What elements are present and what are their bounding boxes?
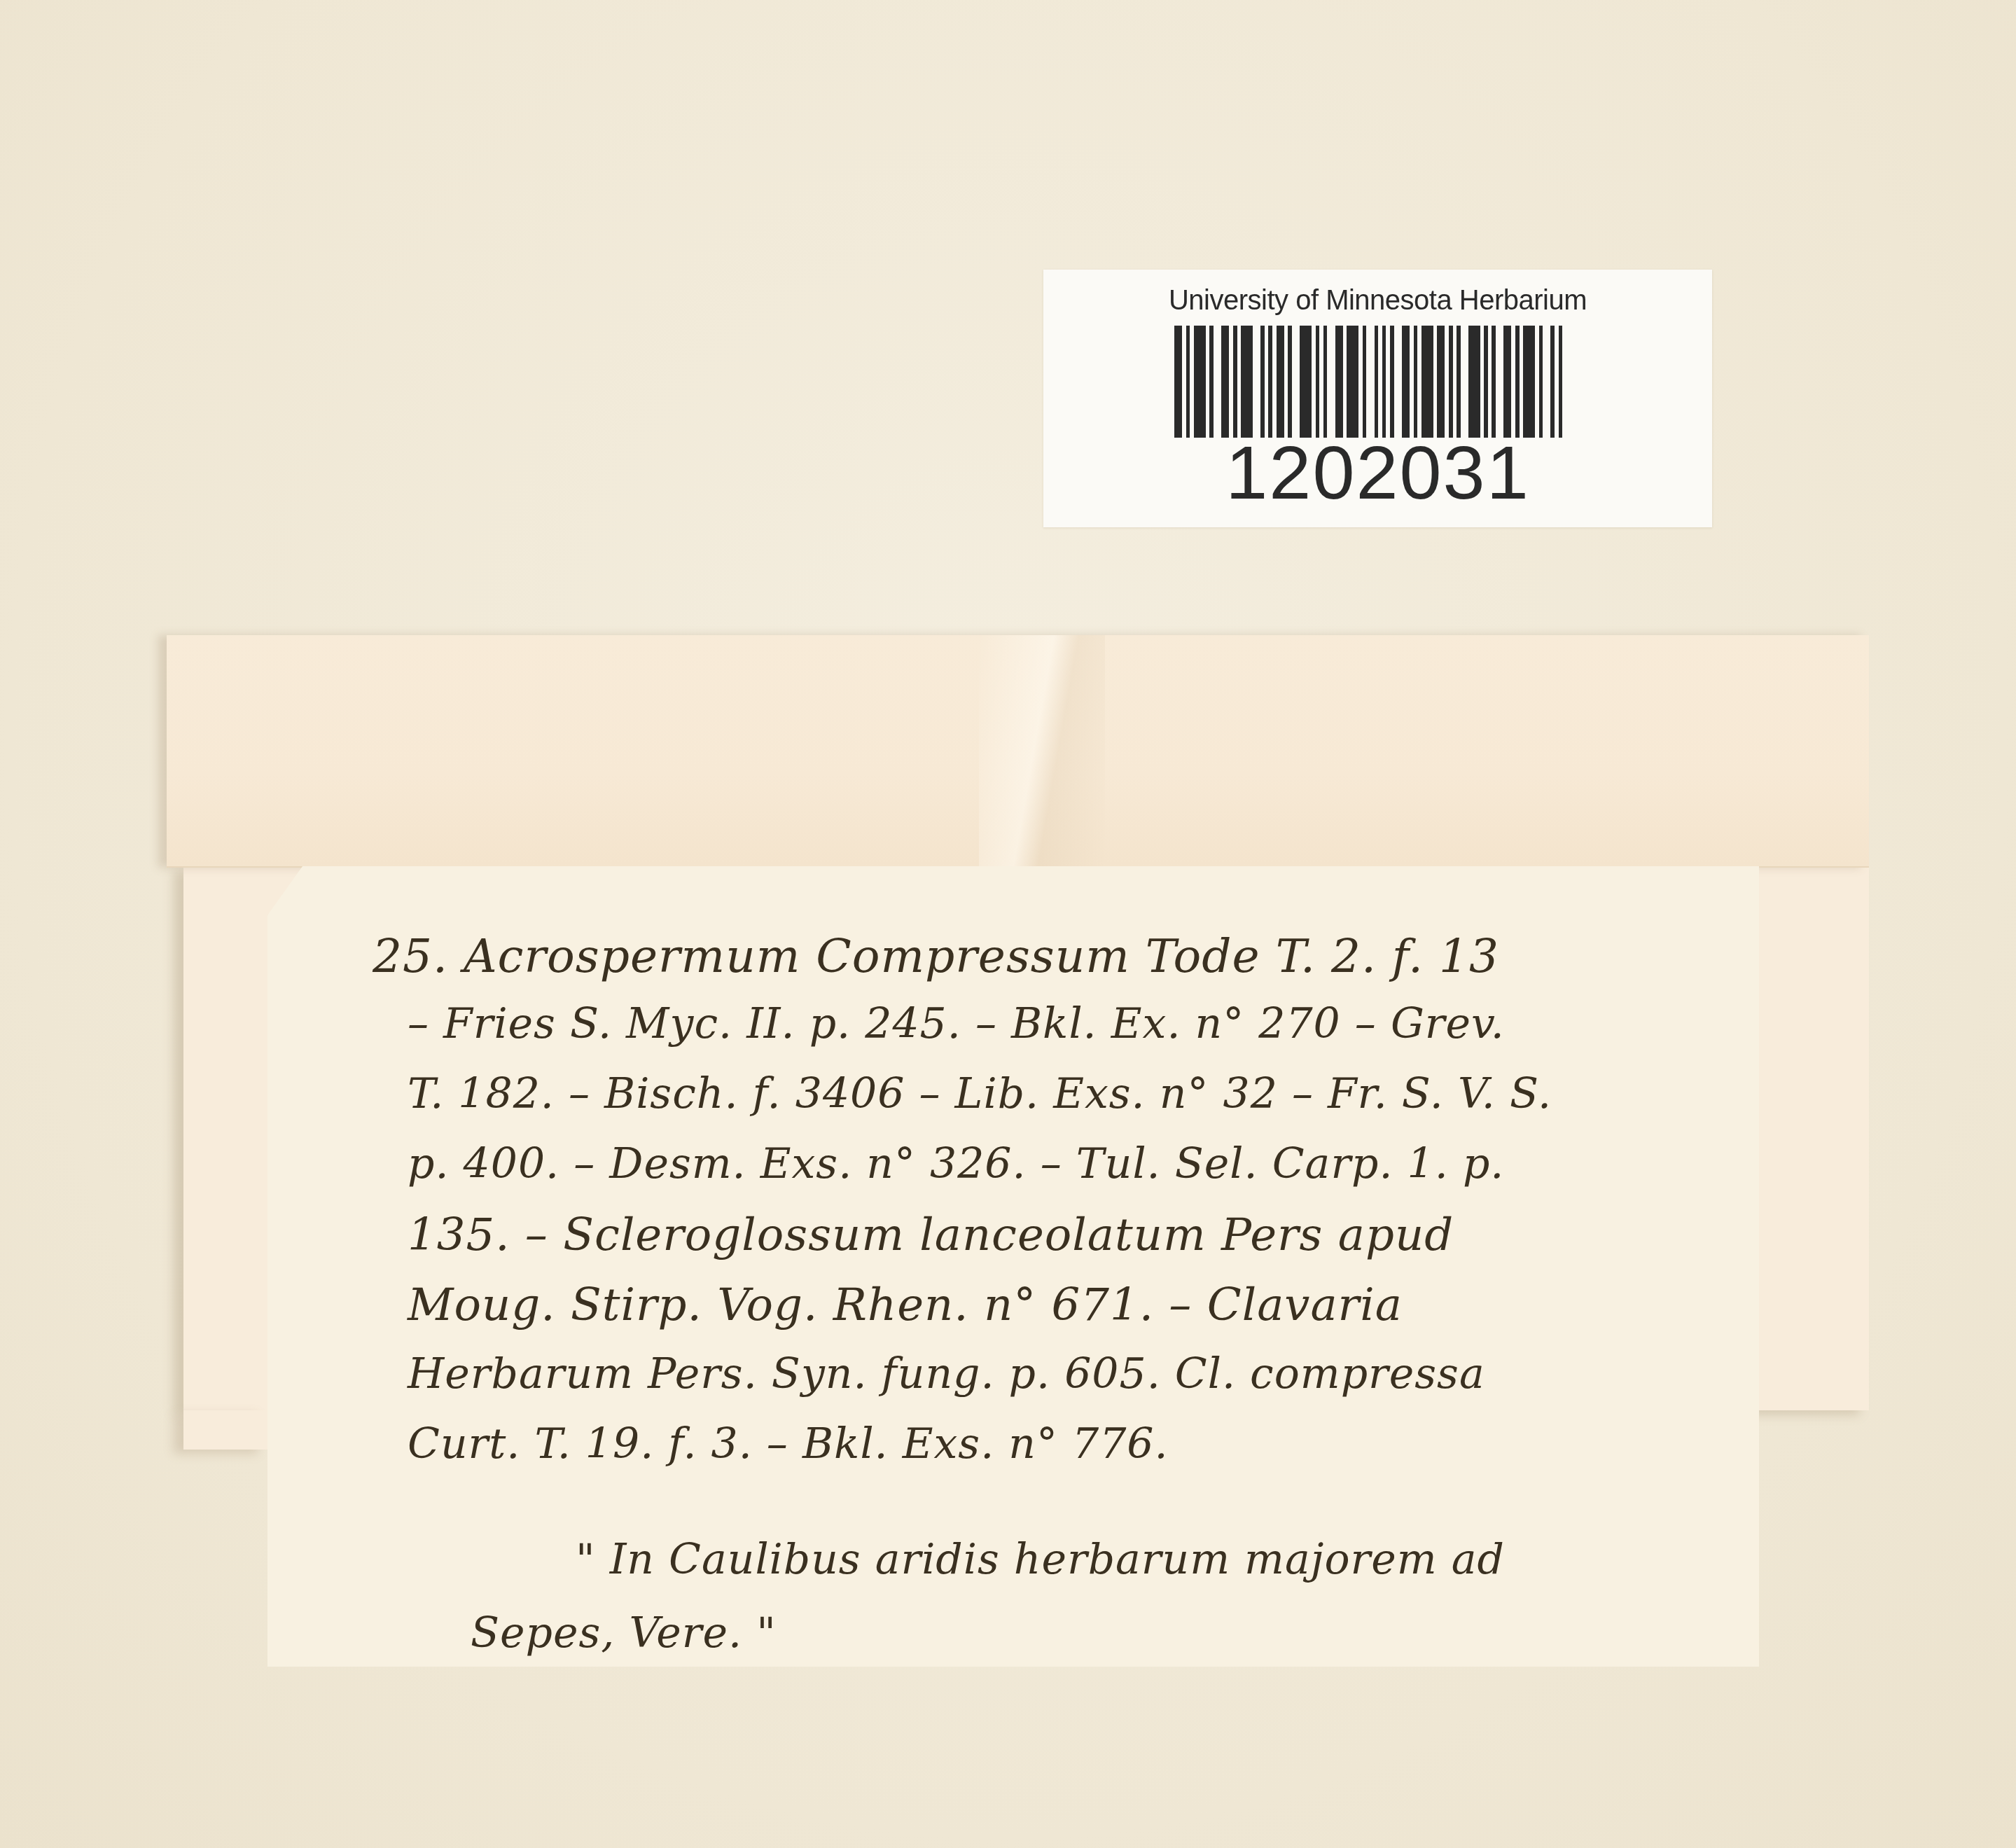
habitat-line: " In Caulibus aridis herbarum majorem ad	[576, 1535, 1505, 1584]
barcode-bar	[1277, 326, 1284, 438]
barcode-bar	[1402, 326, 1410, 438]
barcode-bar	[1437, 326, 1445, 438]
barcode	[1174, 326, 1563, 438]
barcode-space	[1327, 326, 1335, 438]
barcode-bar	[1503, 326, 1511, 438]
institution-name: University of Minnesota Herbarium	[1043, 285, 1712, 317]
barcode-space	[1496, 326, 1503, 438]
barcode-space	[1543, 326, 1550, 438]
envelope-edge	[183, 1410, 267, 1450]
label-line: T. 182. – Bisch. f. 3406 – Lib. Exs. n° …	[408, 1069, 1552, 1118]
label-line: Moug. Stirp. Vog. Rhen. n° 671. – Clavar…	[408, 1279, 1403, 1331]
barcode-bar	[1300, 326, 1312, 438]
barcode-bar	[1523, 326, 1535, 438]
barcode-bar	[1174, 326, 1182, 438]
barcode-label: University of Minnesota Herbarium 120203…	[1043, 270, 1712, 527]
flap-crease	[979, 635, 1105, 866]
label-line: Curt. T. 19. f. 3. – Bkl. Exs. n° 776.	[408, 1419, 1169, 1468]
barcode-space	[1394, 326, 1402, 438]
barcode-space	[1461, 326, 1468, 438]
barcode-bar	[1335, 326, 1343, 438]
label-line: p. 400. – Desm. Exs. n° 326. – Tul. Sel.…	[408, 1139, 1504, 1188]
barcode-bar	[1221, 326, 1229, 438]
barcode-bar	[1421, 326, 1433, 438]
label-line: 135. – Scleroglossum lanceolatum Pers ap…	[408, 1209, 1454, 1261]
label-line: 25. Acrospermum Compressum Tode T. 2. f.…	[373, 929, 1499, 983]
habitat-line: Sepes, Vere. "	[471, 1609, 777, 1658]
barcode-space	[1214, 326, 1221, 438]
barcode-bar	[1241, 326, 1253, 438]
barcode-space	[1253, 326, 1260, 438]
barcode-space	[1292, 326, 1300, 438]
barcode-bar	[1347, 326, 1358, 438]
envelope-flap	[167, 635, 1869, 868]
label-line: – Fries S. Myc. II. p. 245. – Bkl. Ex. n…	[408, 999, 1505, 1048]
specimen-label: 25. Acrospermum Compressum Tode T. 2. f.…	[267, 866, 1759, 1667]
barcode-bar	[1468, 326, 1480, 438]
catalog-number: 1202031	[1043, 435, 1712, 510]
barcode-bar	[1559, 326, 1563, 438]
label-line: Herbarum Pers. Syn. fung. p. 605. Cl. co…	[408, 1349, 1485, 1398]
barcode-bar	[1194, 326, 1206, 438]
barcode-space	[1366, 326, 1374, 438]
